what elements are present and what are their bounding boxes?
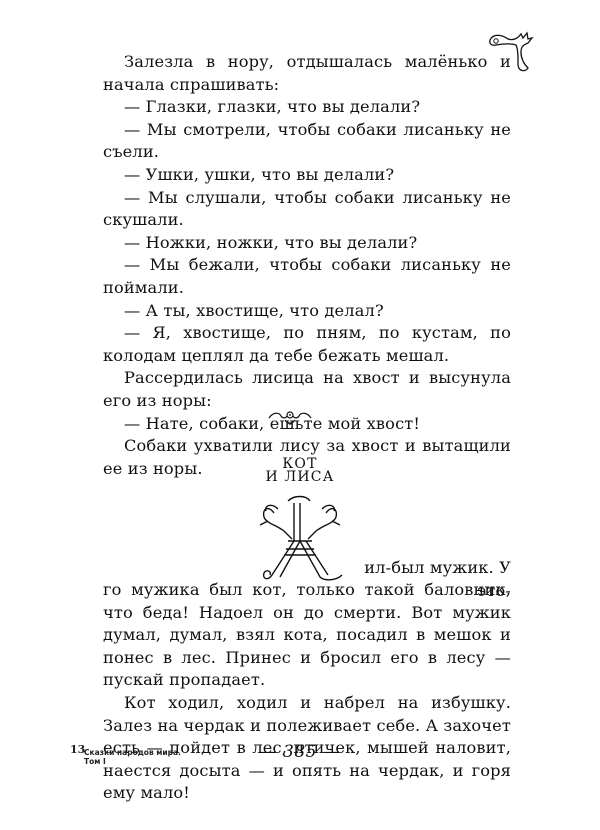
paragraph: — Мы смотрели, чтобы собаки лисаньку не …: [103, 119, 511, 164]
paragraph: го мужика был кот, только такой баловник…: [103, 579, 511, 692]
paragraph: — Глазки, глазки, что вы делали?: [103, 96, 511, 119]
book-page: Залезла в нору, отдышалась малёнько и на…: [0, 0, 600, 830]
story-title-line2: И ЛИСА: [0, 467, 600, 488]
paragraph: Залезла в нору, отдышалась малёнько и на…: [103, 51, 511, 96]
page-number: — 385 —: [0, 742, 600, 762]
paragraph: — А ты, хвостище, что делал?: [103, 300, 511, 323]
paragraph: — Ножки, ножки, что вы делали?: [103, 232, 511, 255]
dropcap-zh-icon: [254, 495, 346, 583]
story-text-bottom: го мужика был кот, только такой баловник…: [103, 579, 511, 805]
paragraph: Рассердилась лисица на хвост и высунула …: [103, 367, 511, 412]
section-divider-icon: [267, 410, 313, 426]
paragraph: — Мы слушали, чтобы собаки лисаньку не с…: [103, 187, 511, 232]
paragraph: — Я, хвостище, по пням, по кустам, по ко…: [103, 322, 511, 367]
paragraph: — Мы бежали, чтобы собаки лисаньку не по…: [103, 254, 511, 299]
paragraph: — Ушки, ушки, что вы делали?: [103, 164, 511, 187]
